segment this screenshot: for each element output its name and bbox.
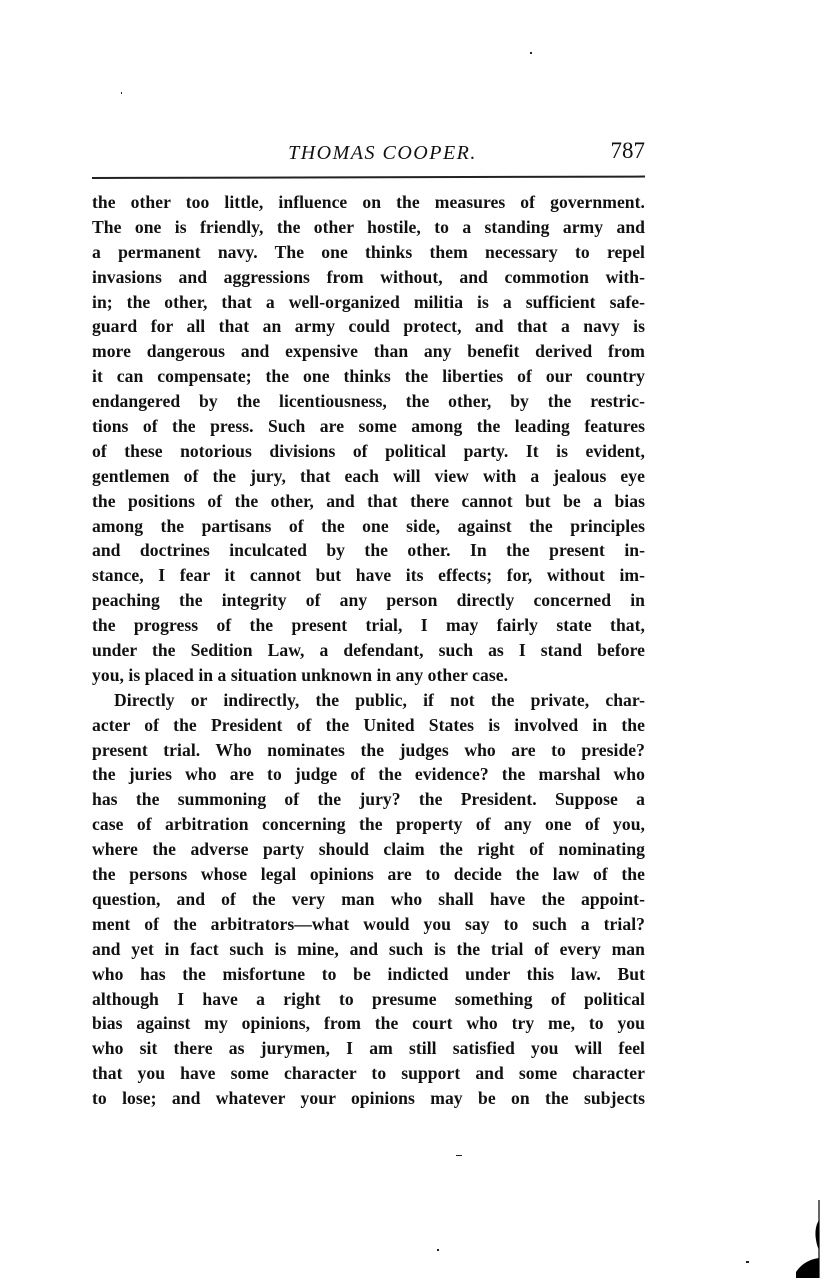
text-line: more dangerous and expensive than any be…: [92, 339, 645, 364]
text-line: it can compensate; the one thinks the li…: [92, 364, 645, 389]
scan-speck: [746, 1261, 749, 1263]
text-line: who has the misfortune to be indicted un…: [92, 962, 645, 987]
body-text: the other too little, influence on the m…: [92, 190, 645, 1111]
text-line: endangered by the licentiousness, the ot…: [92, 389, 645, 414]
text-line: a permanent navy. The one thinks them ne…: [92, 240, 645, 265]
scan-speck: [530, 52, 532, 54]
text-line: the progress of the present trial, I may…: [92, 613, 645, 638]
text-line: guard for all that an army could protect…: [92, 314, 645, 339]
page-number: 787: [611, 138, 646, 164]
header-rule: [92, 176, 645, 179]
text-line: has the summoning of the jury? the Presi…: [92, 787, 645, 812]
text-line: and yet in fact such is mine, and such i…: [92, 937, 645, 962]
text-line: invasions and aggressions from without, …: [92, 265, 645, 290]
text-line: to lose; and whatever your opinions may …: [92, 1086, 645, 1111]
text-line: although I have a right to presume somet…: [92, 987, 645, 1012]
scan-speck: [121, 92, 122, 94]
text-line: that you have some character to support …: [92, 1061, 645, 1086]
text-line: stance, I fear it cannot but have its ef…: [92, 563, 645, 588]
text-line: you, is placed in a situation unknown in…: [92, 663, 645, 688]
text-line: The one is friendly, the other hostile, …: [92, 215, 645, 240]
text-line: tions of the press. Such are some among …: [92, 414, 645, 439]
text-line: ment of the arbitrators—what would you s…: [92, 912, 645, 937]
text-line: gentlemen of the jury, that each will vi…: [92, 464, 645, 489]
text-line: the persons whose legal opinions are to …: [92, 862, 645, 887]
text-line: who sit there as jurymen, I am still sat…: [92, 1036, 645, 1061]
text-line: of these notorious divisions of politica…: [92, 439, 645, 464]
text-line: under the Sedition Law, a defendant, suc…: [92, 638, 645, 663]
text-line: case of arbitration concerning the prope…: [92, 812, 645, 837]
text-line: peaching the integrity of any person dir…: [92, 588, 645, 613]
text-line: question, and of the very man who shall …: [92, 887, 645, 912]
text-line: the juries who are to judge of the evide…: [92, 762, 645, 787]
text-line: bias against my opinions, from the court…: [92, 1011, 645, 1036]
text-line: Directly or indirectly, the public, if n…: [92, 688, 645, 713]
text-line: in; the other, that a well-organized mil…: [92, 290, 645, 315]
scan-speck: [437, 1249, 439, 1251]
text-line: present trial. Who nominates the judges …: [92, 738, 645, 763]
text-line: where the adverse party should claim the…: [92, 837, 645, 862]
running-head: THOMAS COOPER. 787: [92, 138, 645, 172]
text-line: the positions of the other, and that the…: [92, 489, 645, 514]
running-head-title: THOMAS COOPER.: [92, 142, 645, 165]
page-edge-shadow: [786, 1200, 826, 1280]
text-line: acter of the President of the United Sta…: [92, 713, 645, 738]
text-line: and doctrines inculcated by the other. I…: [92, 538, 645, 563]
text-line: the other too little, influence on the m…: [92, 190, 645, 215]
scan-speck: [456, 1155, 462, 1156]
text-line: among the partisans of the one side, aga…: [92, 514, 645, 539]
book-page: THOMAS COOPER. 787 the other too little,…: [0, 0, 836, 1284]
